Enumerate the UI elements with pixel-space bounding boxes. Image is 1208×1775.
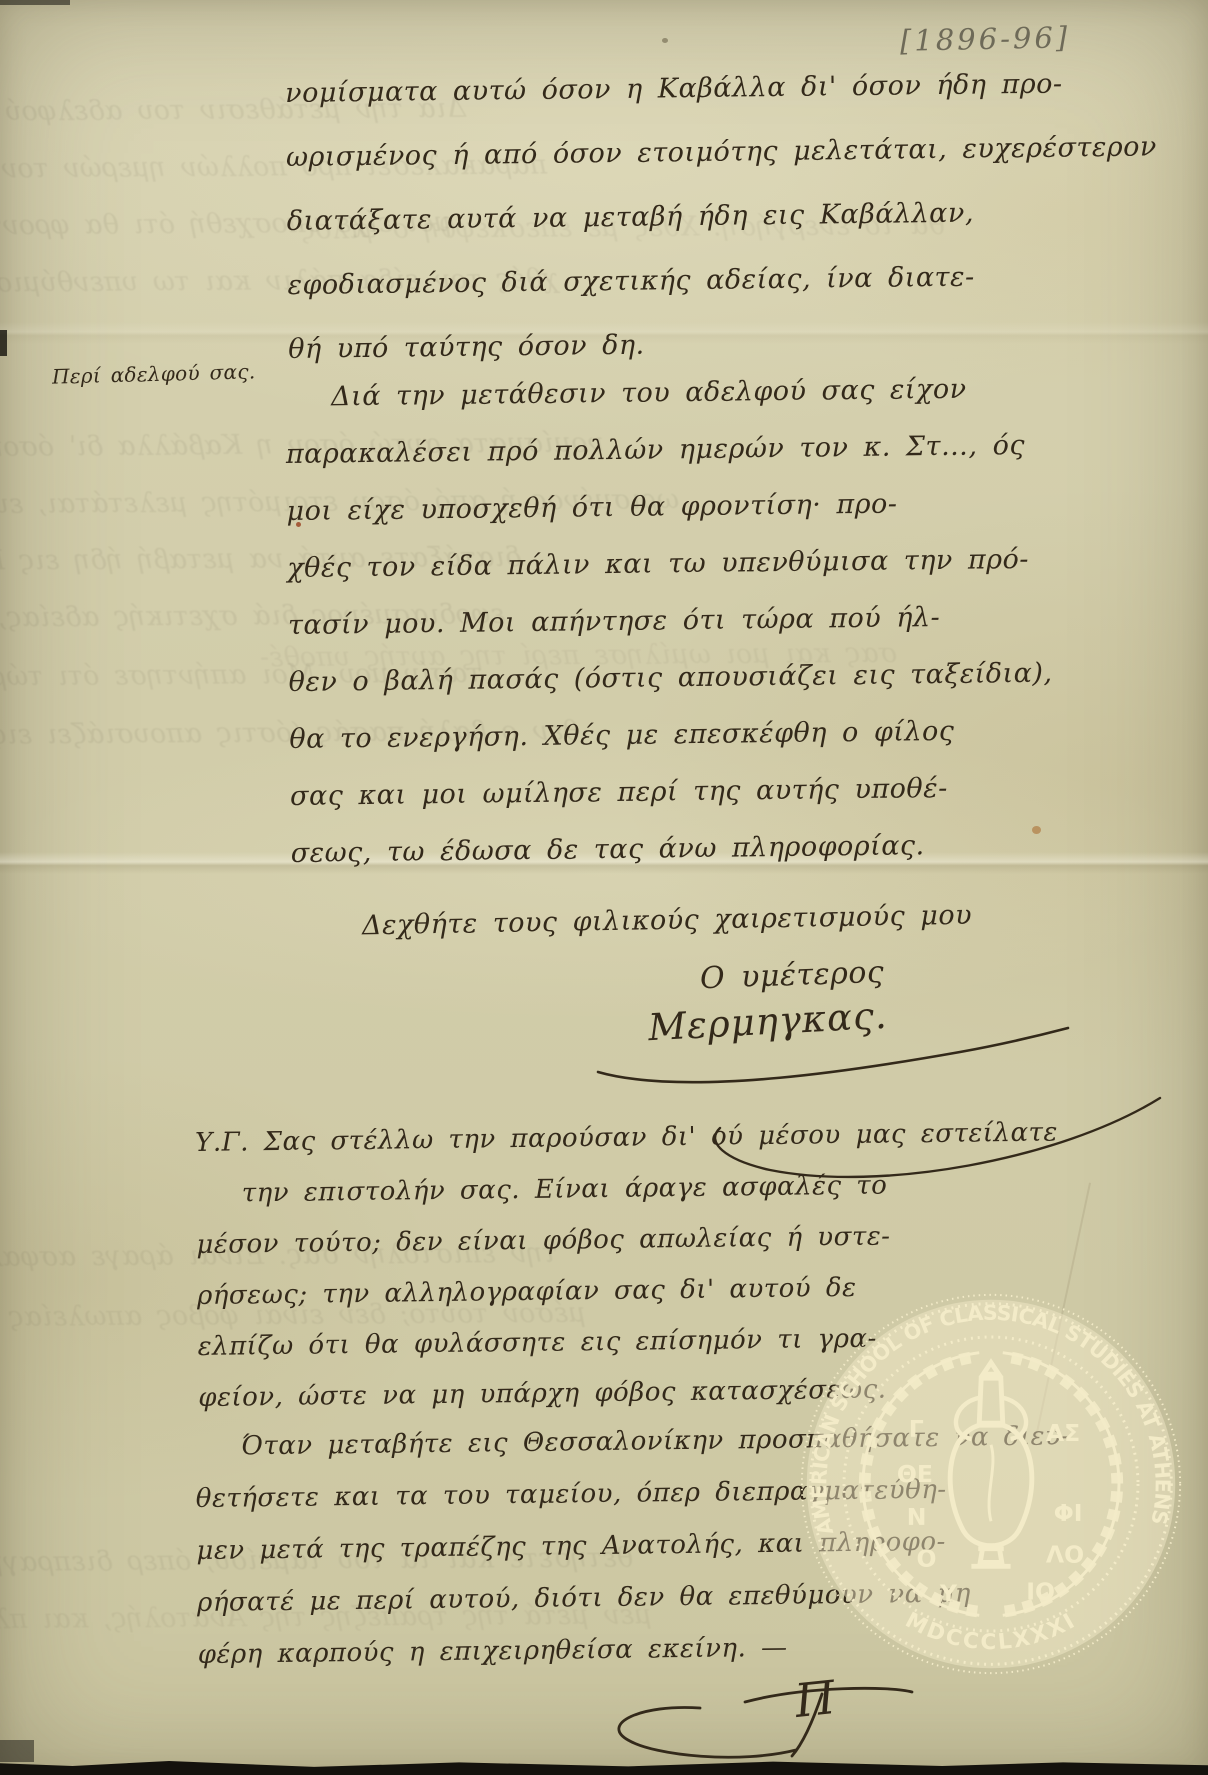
handwritten-line: διατάξατε αυτά να μεταβή ήδη εις Καβάλλα… bbox=[287, 195, 1159, 270]
seal-greek-letter: ΛΟ bbox=[1046, 1540, 1084, 1568]
handwritten-line: νομίσματα αυτώ όσον η Καβάλλα δι' όσον ή… bbox=[285, 67, 1157, 142]
margin-note: Περί αδελφού σας. bbox=[52, 359, 256, 388]
handwritten-line: εφοδιασμένος διά σχετικής αδείας, ίνα δι… bbox=[287, 259, 1159, 334]
scan-edge bbox=[0, 1740, 34, 1762]
handwritten-line: σεως, τω έδωσα δε τας άνω πληροφορίας. bbox=[291, 829, 1055, 895]
handwritten-line: χθές τον είδα πάλιν και τω υπενθύμισα τη… bbox=[287, 544, 1051, 610]
handwritten-line: τασίν μου. Μοι απήντησε ότι τώρα πού ήλ- bbox=[288, 601, 1052, 667]
valediction: Ο υμέτερος bbox=[699, 955, 884, 996]
paragraph-2: Διά την μετάθεσιν του αδελφού σας είχον … bbox=[285, 373, 1055, 895]
handwritten-line: παρακαλέσει πρό πολλών ημερών τον κ. Στ…… bbox=[286, 430, 1050, 496]
archival-note: [1896-96] bbox=[900, 20, 1071, 58]
handwritten-line: θεν ο βαλή πασάς (όστις απουσιάζει εις τ… bbox=[288, 658, 1052, 724]
embossed-seal: AMERICAN SCHOOL OF CLASSICAL STUDIES AT … bbox=[795, 1288, 1187, 1680]
seal-greek-letter: Ο bbox=[917, 1544, 937, 1572]
handwritten-line: μοι είχε υποσχεθή ότι θα φροντίση· προ- bbox=[286, 487, 1050, 553]
scan-edge bbox=[0, 0, 70, 5]
paragraph-1: νομίσματα αυτώ όσον η Καβάλλα δι' όσον ή… bbox=[285, 67, 1160, 398]
scan-edge bbox=[0, 330, 7, 356]
handwritten-line: ωρισμένος ή από όσον ετοιμότης μελετάται… bbox=[286, 131, 1158, 206]
seal-greek-letter: Γ bbox=[909, 1415, 924, 1443]
seal-greek-letter: Ν bbox=[907, 1503, 927, 1531]
seal-greek-letter: ΙΟ bbox=[1026, 1578, 1055, 1606]
seal-greek-letter: ΑΣ bbox=[1046, 1419, 1080, 1447]
closing-salutation: Δεχθήτε τους φιλικούς χαιρετισμούς μου bbox=[362, 900, 972, 942]
seal-greek-letter: Υ bbox=[939, 1580, 958, 1608]
seal-greek-letter: ΘΕ bbox=[897, 1460, 933, 1488]
seal-greek-letter: ΦΙ bbox=[1054, 1499, 1083, 1527]
handwritten-line: σας και μοι ωμίλησε περί της αυτής υποθέ… bbox=[290, 772, 1054, 838]
handwritten-line: θα το ενεργήση. Χθές με επεσκέφθη ο φίλο… bbox=[289, 715, 1053, 781]
handwritten-line: Διά την μετάθεσιν του αδελφού σας είχον bbox=[331, 373, 1050, 439]
letter-page: Διά την μετάθεσιν του αδελφού σας είχον … bbox=[0, 0, 1208, 1775]
ink-stain bbox=[662, 38, 668, 43]
